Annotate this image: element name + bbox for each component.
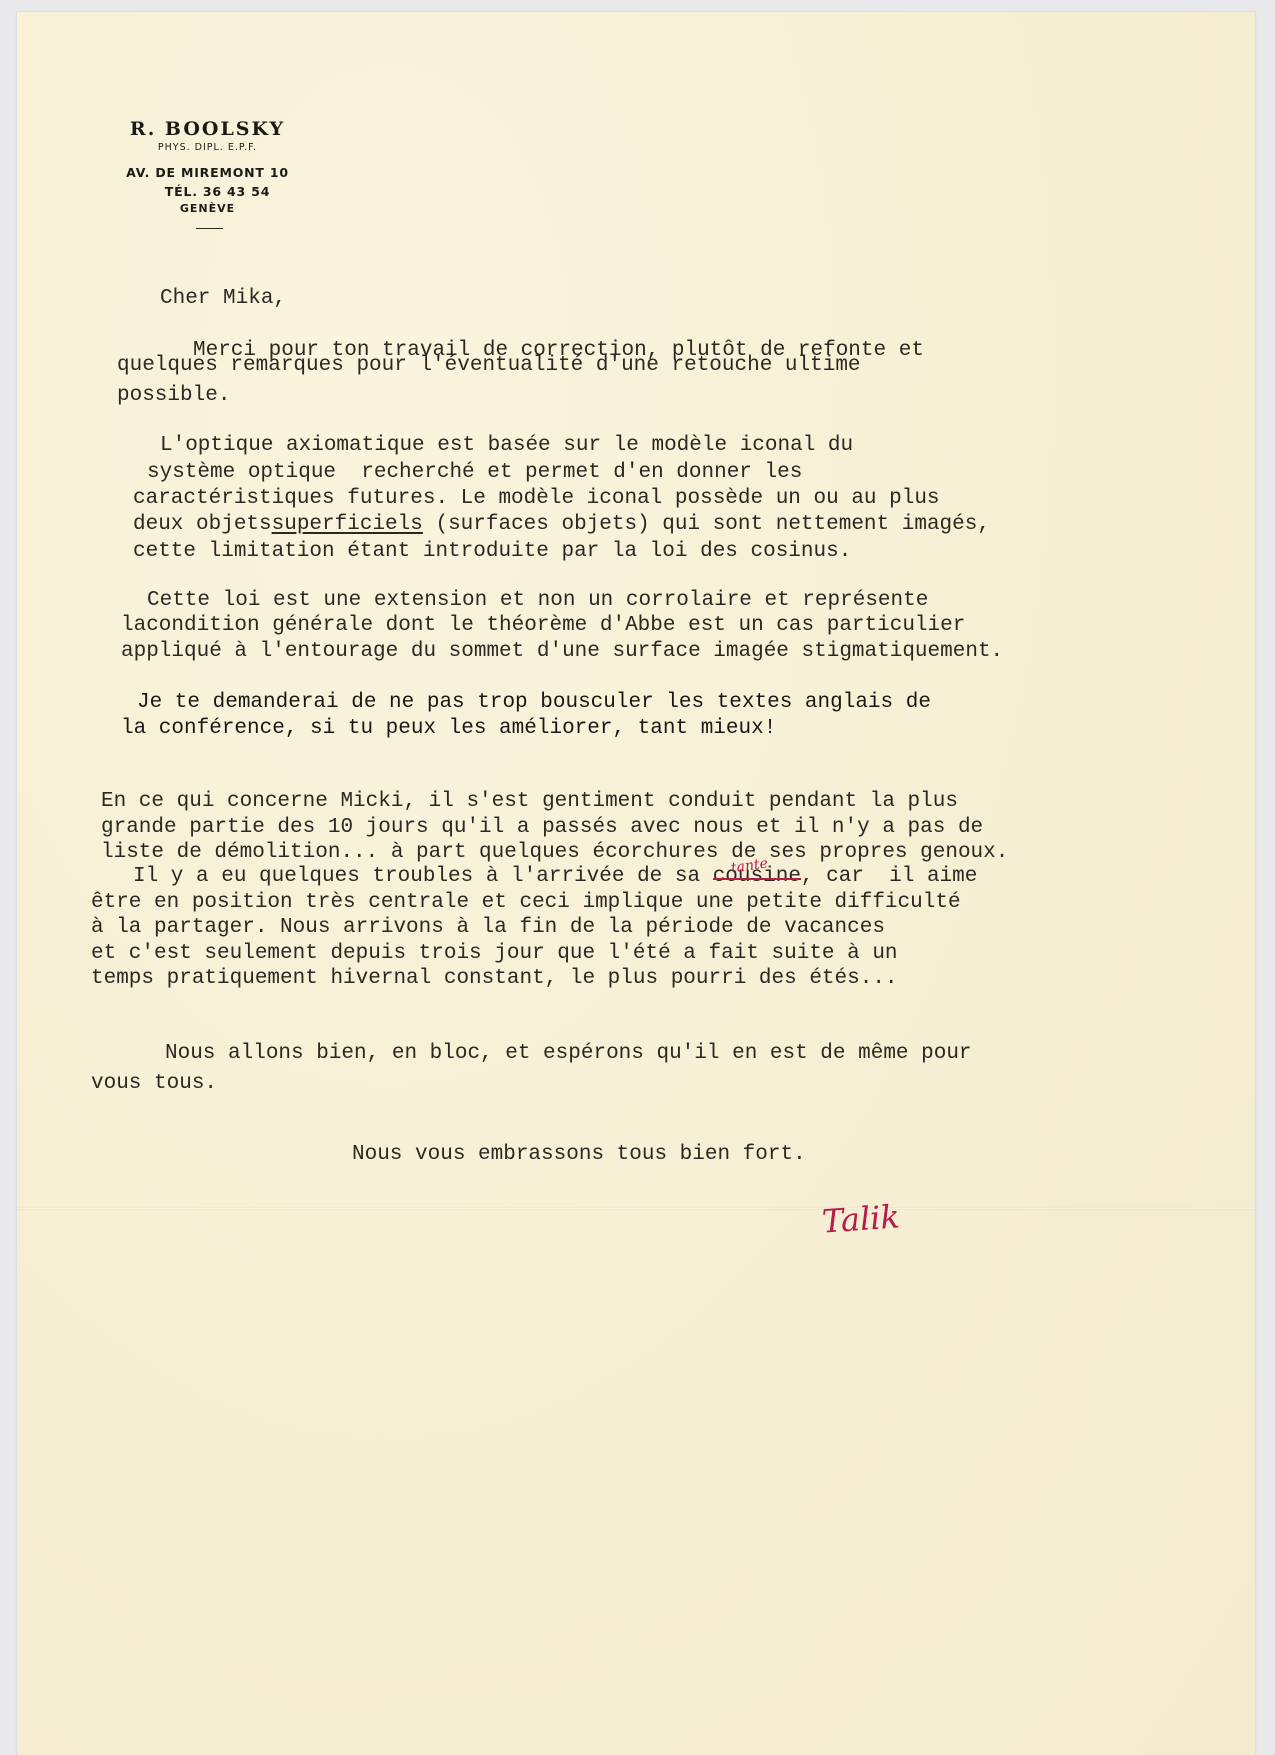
p2-line-5: cette limitation étant introduite par la…	[133, 541, 851, 562]
letterhead-name: R. BOOLSKY	[95, 118, 320, 140]
p5-line-1: En ce qui concerne Micki, il s'est genti…	[101, 791, 958, 812]
p4-line-2: la conférence, si tu peux les améliorer,…	[121, 718, 776, 739]
p3-line-3: appliqué à l'entourage du sommet d'une s…	[121, 641, 1003, 662]
handwritten-signature: Talik	[821, 1197, 901, 1240]
underlined-word: superficiels	[272, 513, 423, 536]
p3-line-2: lacondition générale dont le théorème d'…	[121, 615, 965, 636]
closing-line: Nous vous embrassons tous bien fort.	[352, 1144, 806, 1165]
p3-line-1: Cette loi est une extension et non un co…	[147, 590, 928, 611]
p5-line-6: à la partager. Nous arrivons à la fin de…	[91, 917, 885, 938]
p5-line-7: et c'est seulement depuis trois jour que…	[91, 943, 898, 964]
letterhead-city: GENÈVE	[95, 202, 320, 215]
p2-line-2: système optique recherché et permet d'en…	[147, 462, 802, 483]
letterhead-address: AV. DE MIREMONT 10	[95, 165, 320, 180]
paper-fold	[17, 1207, 1255, 1210]
p1-line-2: quelques remarques pour l'éventualité d'…	[117, 355, 861, 376]
p4-line-1: Je te demanderai de ne pas trop bouscule…	[137, 692, 931, 713]
p5-line-5: être en position très centrale et ceci i…	[91, 892, 961, 913]
p2-line-1: L'optique axiomatique est basée sur le m…	[160, 435, 853, 456]
letterhead-phone: TÉL. 36 43 54	[105, 184, 330, 199]
p6-line-1: Nous allons bien, en bloc, et espérons q…	[165, 1043, 972, 1064]
p5-line-2: grande partie des 10 jours qu'il a passé…	[101, 817, 983, 838]
p5-line-3: liste de démolition... à part quelques é…	[101, 842, 1008, 863]
p5-line-8: temps pratiquement hivernal constant, le…	[91, 968, 898, 989]
letterhead-rule	[196, 228, 223, 229]
salutation: Cher Mika,	[160, 288, 286, 309]
p2-line-3: caractéristiques futures. Le modèle icon…	[133, 488, 940, 509]
p2-line-4: deux objetssuperficiels (surfaces objets…	[133, 514, 990, 535]
p1-line-3: possible.	[117, 385, 230, 406]
p6-line-2: vous tous.	[91, 1073, 217, 1094]
p5-line-4: Il y a eu quelques troubles à l'arrivée …	[133, 866, 977, 887]
letterhead-credentials: PHYS. DIPL. E.P.F.	[95, 142, 320, 153]
